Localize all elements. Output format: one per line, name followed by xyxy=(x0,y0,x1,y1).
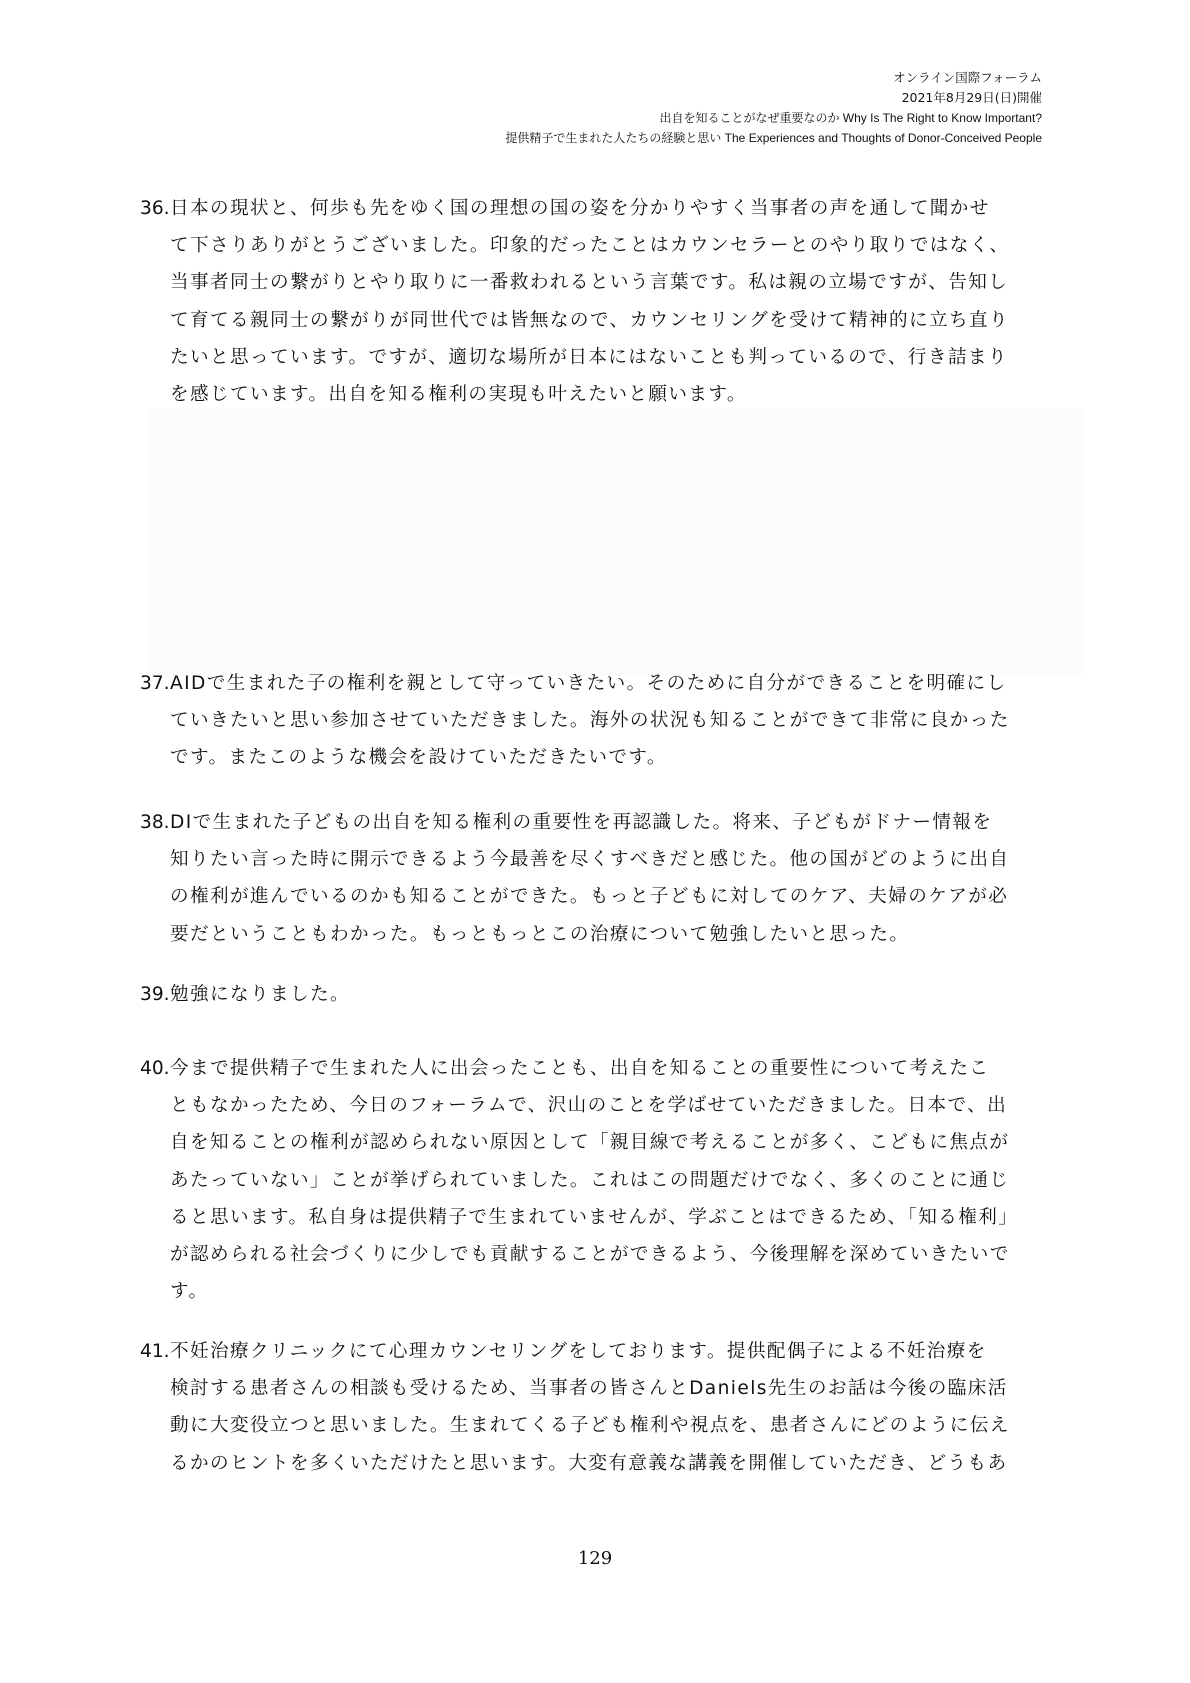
item-body: AIDで生まれた子の権利を親として守っていきたい。そのために自分ができることを明… xyxy=(140,665,1045,777)
item-line: たいと思っています。ですが、適切な場所が日本にはないことも判っているので、行き詰… xyxy=(170,339,1045,376)
comment-item-37: 37. AIDで生まれた子の権利を親として守っていきたい。そのために自分ができる… xyxy=(140,665,1045,777)
item-number: 37. xyxy=(140,665,170,702)
item-line: 今まで提供精子で生まれた人に出会ったことも、出自を知ることの重要性について考えた… xyxy=(170,1050,1045,1087)
item-line: 日本の現状と、何歩も先をゆく国の理想の国の姿を分かりやすく当事者の声を通して聞か… xyxy=(170,190,1045,227)
item-line: の権利が進んでいるのかも知ることができた。もっと子どもに対してのケア、夫婦のケア… xyxy=(170,878,1045,915)
item-body: 今まで提供精子で生まれた人に出会ったことも、出自を知ることの重要性について考えた… xyxy=(140,1050,1045,1310)
forum-title: オンライン国際フォーラム xyxy=(505,68,1042,88)
item-line: 当事者同士の繋がりとやり取りに一番救われるという言葉です。私は親の立場ですが、告… xyxy=(170,264,1045,301)
item-line: です。またこのような機会を設けていただきたいです。 xyxy=(170,739,1045,776)
item-line: 要だということもわかった。もっともっとこの治療について勉強したいと思った。 xyxy=(170,916,1045,953)
item-line: 動に大変役立つと思いました。生まれてくる子ども権利や視点を、患者さんにどのように… xyxy=(170,1407,1045,1444)
item-line: 知りたい言った時に開示できるよう今最善を尽くすべきだと感じた。他の国がどのように… xyxy=(170,841,1045,878)
item-line: て育てる親同士の繋がりが同世代では皆無なので、カウンセリングを受けて精神的に立ち… xyxy=(170,302,1045,339)
item-line: を感じています。出自を知る権利の実現も叶えたいと願います。 xyxy=(170,376,1045,413)
item-line: ていきたいと思い参加させていただきました。海外の状況も知ることができて非常に良か… xyxy=(170,702,1045,739)
forum-subtitle-1: 出自を知ることがなぜ重要なのか Why Is The Right to Know… xyxy=(505,108,1042,128)
forum-date: 2021年8月29日(日)開催 xyxy=(505,88,1042,108)
item-line: て下さりありがとうございました。印象的だったことはカウンセラーとのやり取りではな… xyxy=(170,227,1045,264)
item-line: が認められる社会づくりに少しでも貢献することができるよう、今後理解を深めていきた… xyxy=(170,1236,1045,1273)
item-line: DIで生まれた子どもの出自を知る権利の重要性を再認識した。将来、子どもがドナー情… xyxy=(170,804,1045,841)
item-line: ると思います。私自身は提供精子で生まれていませんが、学ぶことはできるため、「知る… xyxy=(170,1199,1045,1236)
comment-item-40: 40. 今まで提供精子で生まれた人に出会ったことも、出自を知ることの重要性につい… xyxy=(140,1050,1045,1310)
item-number: 40. xyxy=(140,1050,170,1087)
item-number: 36. xyxy=(140,190,170,227)
item-line: ともなかったため、今日のフォーラムで、沢山のことを学ばせていただきました。日本で… xyxy=(170,1087,1045,1124)
forum-subtitle-2: 提供精子で生まれた人たちの経験と思い The Experiences and T… xyxy=(505,128,1042,148)
item-line: 勉強になりました。 xyxy=(170,976,1045,1013)
item-line: あたっていない」ことが挙げられていました。これはこの問題だけでなく、多くのことに… xyxy=(170,1162,1045,1199)
item-number: 38. xyxy=(140,804,170,841)
comment-item-41: 41. 不妊治療クリニックにて心理カウンセリングをしております。提供配偶子による… xyxy=(140,1333,1045,1482)
comment-item-36: 36. 日本の現状と、何歩も先をゆく国の理想の国の姿を分かりやすく当事者の声を通… xyxy=(140,190,1045,413)
item-body: DIで生まれた子どもの出自を知る権利の重要性を再認識した。将来、子どもがドナー情… xyxy=(140,804,1045,953)
item-line: 検討する患者さんの相談も受けるため、当事者の皆さんとDaniels先生のお話は今… xyxy=(170,1370,1045,1407)
blank-redacted-region xyxy=(146,408,1082,676)
item-line: す。 xyxy=(170,1273,1045,1310)
page-header: オンライン国際フォーラム 2021年8月29日(日)開催 出自を知ることがなぜ重… xyxy=(505,68,1042,148)
item-line: 自を知ることの権利が認められない原因として「親目線で考えることが多く、こどもに焦… xyxy=(170,1124,1045,1161)
item-body: 日本の現状と、何歩も先をゆく国の理想の国の姿を分かりやすく当事者の声を通して聞か… xyxy=(140,190,1045,413)
comment-item-38: 38. DIで生まれた子どもの出自を知る権利の重要性を再認識した。将来、子どもが… xyxy=(140,804,1045,953)
item-number: 39. xyxy=(140,976,170,1013)
item-line: 不妊治療クリニックにて心理カウンセリングをしております。提供配偶子による不妊治療… xyxy=(170,1333,1045,1370)
item-body: 勉強になりました。 xyxy=(140,976,1045,1013)
comment-item-39: 39. 勉強になりました。 xyxy=(140,976,1045,1013)
page-number: 129 xyxy=(0,1548,1190,1569)
item-number: 41. xyxy=(140,1333,170,1370)
item-body: 不妊治療クリニックにて心理カウンセリングをしております。提供配偶子による不妊治療… xyxy=(140,1333,1045,1482)
item-line: AIDで生まれた子の権利を親として守っていきたい。そのために自分ができることを明… xyxy=(170,665,1045,702)
item-line: るかのヒントを多くいただけたと思います。大変有意義な講義を開催していただき、どう… xyxy=(170,1445,1045,1482)
